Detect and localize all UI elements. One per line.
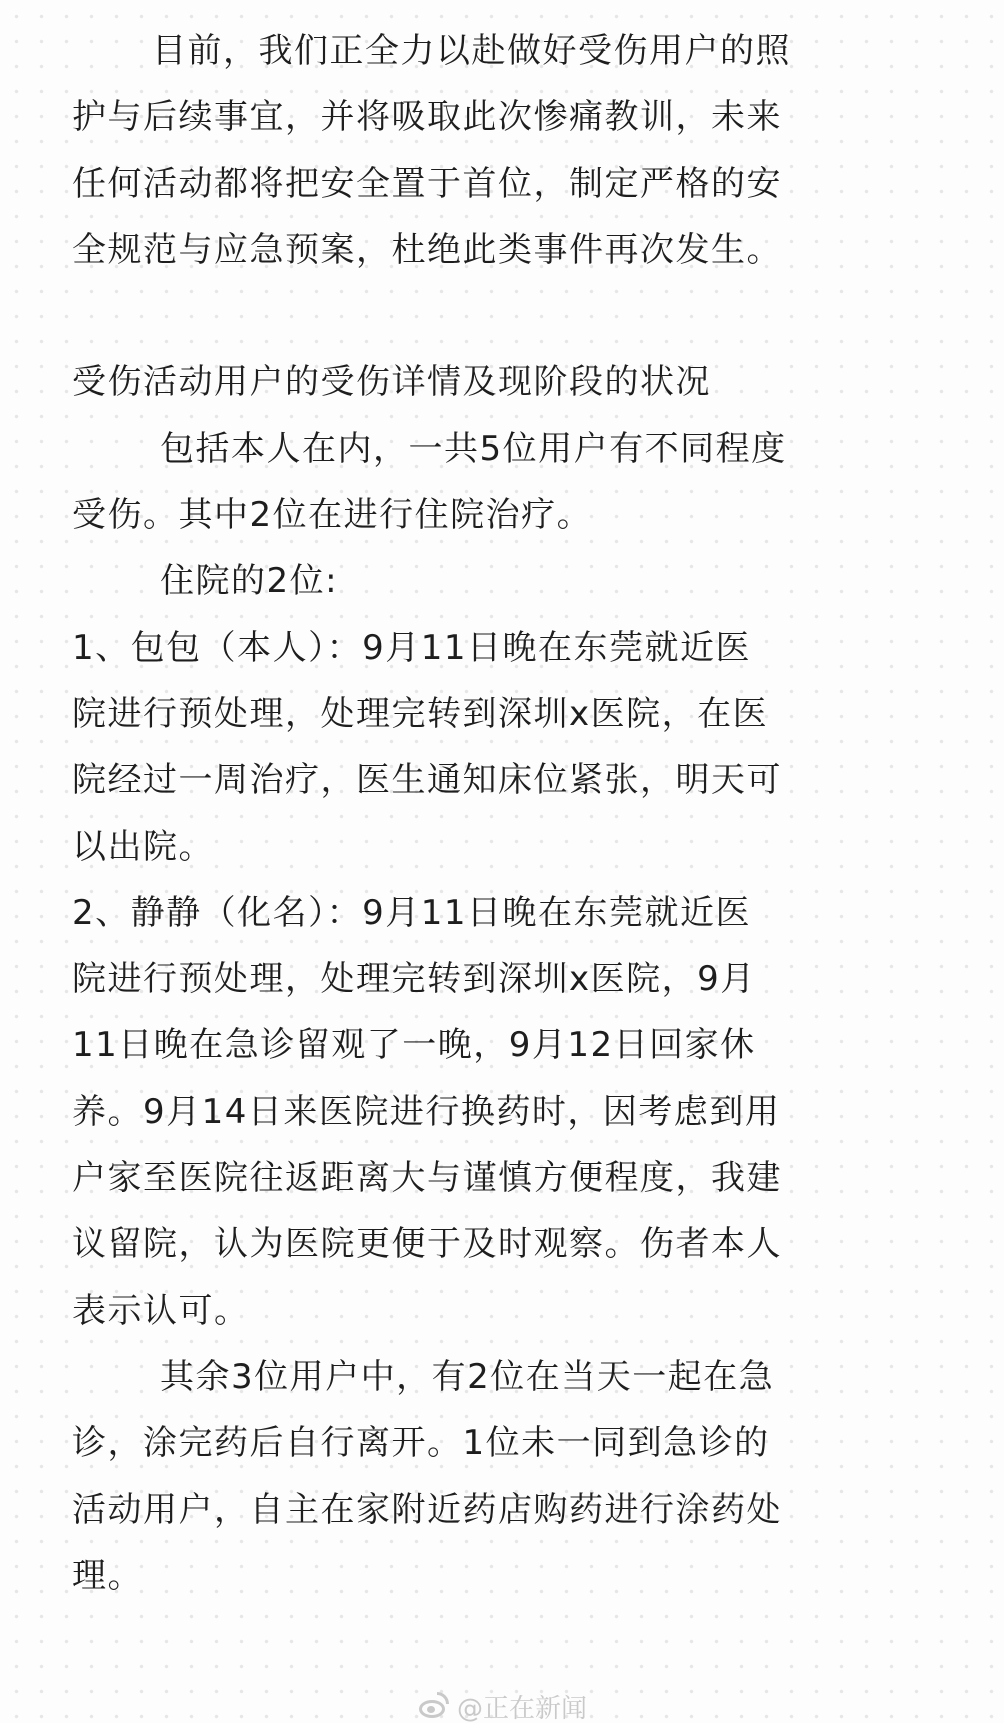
blank-line (72, 283, 972, 349)
text-line: 院进行预处理，处理完转到深圳x医院，9月 (72, 946, 972, 1012)
text-line: 养。9月14日来医院进行换药时，因考虑到用 (72, 1079, 972, 1145)
text-line: 以出院。 (72, 814, 972, 880)
text-line: 表示认可。 (72, 1278, 972, 1344)
paragraph-safety-commitment: 目前，我们正全力以赴做好受伤用户的照 护与后续事宜，并将吸取此次惨痛教训，未来 … (72, 18, 972, 283)
text-line: 11日晚在急诊留观了一晚，9月12日回家休 (72, 1012, 972, 1078)
text-line: 包括本人在内，一共5位用户有不同程度 (72, 416, 972, 482)
text-line: 活动用户，自主在家附近药店购药进行涂药处 (72, 1477, 972, 1543)
hospitalized-heading: 住院的2位: (72, 548, 972, 614)
text-line: 院进行预处理，处理完转到深圳x医院，在医 (72, 681, 972, 747)
weibo-icon (417, 1692, 451, 1720)
text-line: 理。 (72, 1543, 972, 1609)
paragraph-injury-summary: 包括本人在内，一共5位用户有不同程度 受伤。其中2位在进行住院治疗。 (72, 416, 972, 549)
text-line: 其余3位用户中，有2位在当天一起在急 (72, 1344, 972, 1410)
text-line: 2、静静（化名）：9月11日晚在东莞就近医 (72, 880, 972, 946)
source-watermark: @正在新闻 (417, 1690, 587, 1722)
paragraph-other-injuries: 其余3位用户中，有2位在当天一起在急 诊，涂完药后自行离开。1位未一同到急诊的 … (72, 1344, 972, 1609)
text-line: 户家至医院往返距离大与谨慎方便程度，我建 (72, 1145, 972, 1211)
case-1-details: 1、包包（本人）：9月11日晚在东莞就近医 院进行预处理，处理完转到深圳x医院，… (72, 615, 972, 880)
text-line: 受伤。其中2位在进行住院治疗。 (72, 482, 972, 548)
text-line: 诊，涂完药后自行离开。1位未一同到急诊的 (72, 1410, 972, 1476)
text-line: 任何活动都将把安全置于首位，制定严格的安 (72, 151, 972, 217)
watermark-text: @正在新闻 (457, 1688, 587, 1723)
statement-document: 目前，我们正全力以赴做好受伤用户的照 护与后续事宜，并将吸取此次惨痛教训，未来 … (72, 18, 972, 1609)
text-line: 院经过一周治疗，医生通知床位紧张，明天可 (72, 747, 972, 813)
text-line: 议留院，认为医院更便于及时观察。伤者本人 (72, 1211, 972, 1277)
section-heading: 受伤活动用户的受伤详情及现阶段的状况 (72, 349, 972, 415)
text-line: 全规范与应急预案，杜绝此类事件再次发生。 (72, 217, 972, 283)
case-2-details: 2、静静（化名）：9月11日晚在东莞就近医 院进行预处理，处理完转到深圳x医院，… (72, 880, 972, 1344)
text-line: 目前，我们正全力以赴做好受伤用户的照 (72, 18, 972, 84)
text-line: 护与后续事宜，并将吸取此次惨痛教训，未来 (72, 84, 972, 150)
text-line: 1、包包（本人）：9月11日晚在东莞就近医 (72, 615, 972, 681)
